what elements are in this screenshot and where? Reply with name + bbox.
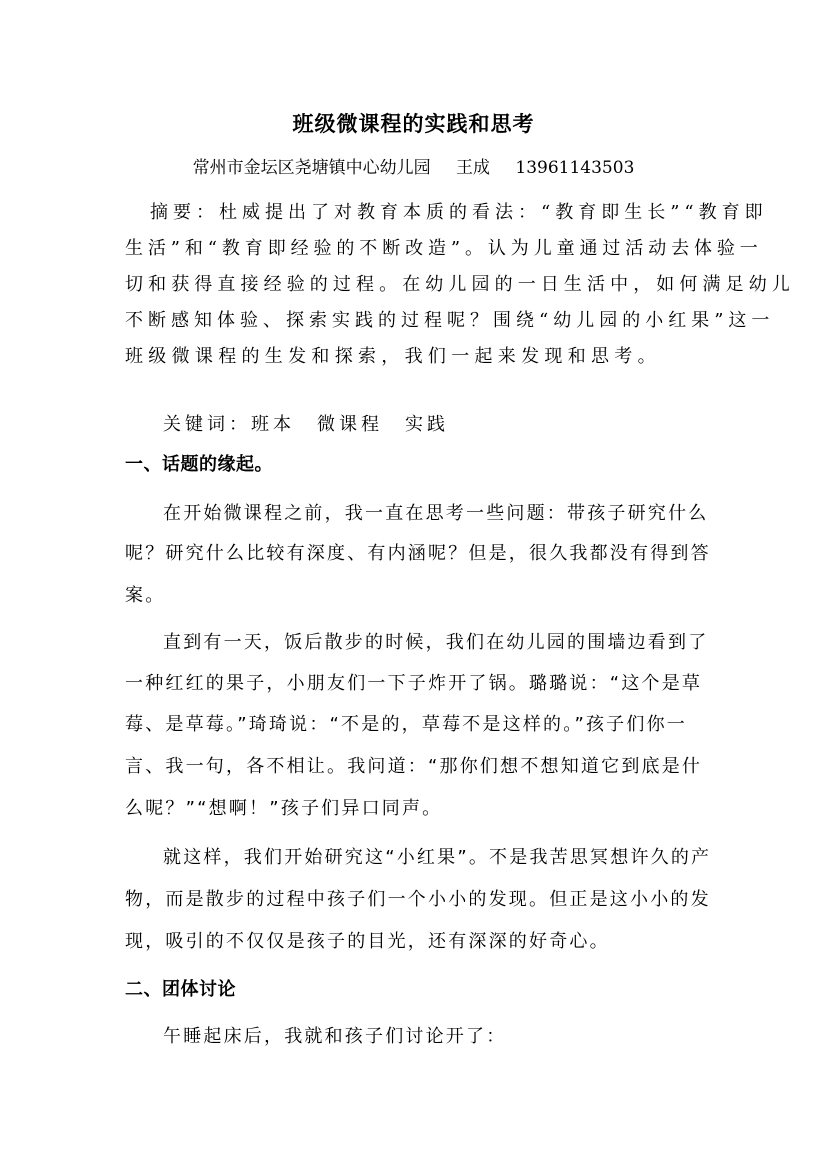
section-heading-1: 一、话题的缘起。 <box>125 453 700 477</box>
abstract-line: 生活”和“教育即经验的不断改造”。认为儿童通过活动去体验一 <box>125 237 700 261</box>
abstract-line: 班级微课程的生发和探索，我们一起来发现和思考。 <box>125 345 700 369</box>
author-phone: 13961143503 <box>515 158 634 178</box>
author-line: 常州市金坛区尧塘镇中心幼儿园 王成 13961143503 <box>0 153 827 178</box>
paragraph-line: 莓、是草莓。”琦琦说：“不是的，草莓不是这样的。”孩子们你一 <box>125 713 700 737</box>
author-institution: 常州市金坛区尧塘镇中心幼儿园 <box>193 158 431 178</box>
document-title: 班级微课程的实践和思考 <box>0 108 827 138</box>
paragraph-line: 一种红红的果子，小朋友们一下子炸开了锅。璐璐说：“这个是草 <box>125 672 700 696</box>
abstract-line: 切和获得直接经验的过程。在幼儿园的一日生活中，如何满足幼儿 <box>125 273 700 297</box>
paragraph-line: 在开始微课程之前，我一直在思考一些问题：带孩子研究什么 <box>163 502 738 526</box>
paragraph-line: 案。 <box>125 584 700 608</box>
keywords-line: 关键词：班本 微课程 实践 <box>163 413 738 437</box>
abstract-line: 不断感知体验、探索实践的过程呢？围绕“幼儿园的小红果”这一 <box>125 309 700 333</box>
abstract-line: 摘要：杜威提出了对教育本质的看法：“教育即生长”“教育即 <box>150 201 700 225</box>
paragraph-line: 直到有一天，饭后散步的时候，我们在幼儿园的围墙边看到了 <box>163 631 738 655</box>
paragraph-line: 现，吸引的不仅仅是孩子的目光，还有深深的好奇心。 <box>125 930 700 954</box>
author-name: 王成 <box>456 158 490 178</box>
paragraph-line: 物，而是散步的过程中孩子们一个小小的发现。但正是这小小的发 <box>125 888 700 912</box>
paragraph-line: 午睡起床后，我就和孩子们讨论开了： <box>163 1025 738 1049</box>
paragraph-line: 么呢？”“想啊！”孩子们异口同声。 <box>125 797 700 821</box>
paragraph-line: 呢？研究什么比较有深度、有内涵呢？但是，很久我都没有得到答 <box>125 542 700 566</box>
paragraph-line: 言、我一句，各不相让。我问道：“那你们想不想知道它到底是什 <box>125 755 700 779</box>
section-heading-2: 二、团体讨论 <box>125 978 700 1002</box>
paragraph-line: 就这样，我们开始研究这“小红果”。不是我苦思冥想许久的产 <box>163 846 738 870</box>
document-page: 班级微课程的实践和思考 常州市金坛区尧塘镇中心幼儿园 王成 1396114350… <box>0 0 827 1170</box>
